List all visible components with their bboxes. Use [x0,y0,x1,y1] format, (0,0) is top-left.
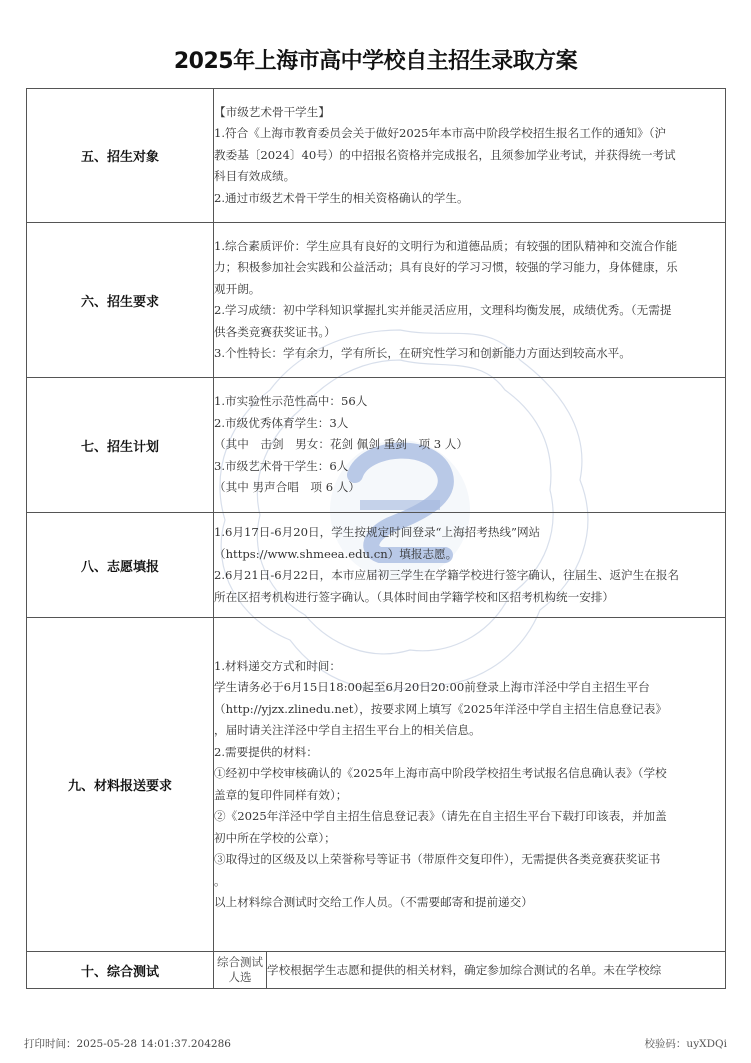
content-line: 【市级艺术骨干学生】 [214,102,725,124]
content-line: 2.需要提供的材料： [214,742,725,764]
content-line: 1.6月17日-6月20日，学生按规定时间登录“上海招考热线”网站 [214,522,725,544]
print-time: 打印时间：2025-05-28 14:01:37.204286 [24,1036,231,1051]
table-row: 六、招生要求 1.综合素质评价：学生应具有良好的文明行为和道德品质；有较强的团队… [27,223,726,378]
section-content: 【市级艺术骨干学生】 1.符合《上海市教育委员会关于做好2025年本市高中阶段学… [214,89,726,223]
section-content: 1.综合素质评价：学生应具有良好的文明行为和道德品质；有较强的团队精神和交流合作… [214,223,726,378]
content-line: 盖章的复印件同样有效）； [214,785,725,807]
content-line: 2.市级优秀体育学生：3人 [214,413,725,435]
sub-content: 学校根据学生志愿和提供的相关材料，确定参加综合测试的名单。未在学校综 [267,952,726,988]
table-row: 九、材料报送要求 1.材料递交方式和时间： 学生请务必于6月15日18:00起至… [27,618,726,952]
content-line: 1.材料递交方式和时间： [214,656,725,678]
content-line: 3.个性特长：学有余力，学有所长，在研究性学习和创新能力方面达到较高水平。 [214,343,725,365]
content-line: 2.6月21日-6月22日，本市应届初三学生在学籍学校进行签字确认，往届生、返沪… [214,565,725,587]
table-row: 十、综合测试 综合测试人选 学校根据学生志愿和提供的相关材料，确定参加综合测试的… [27,952,726,989]
content-line: 以上材料综合测试时交给工作人员。（不需要邮寄和提前递交） [214,892,725,914]
subtable: 综合测试人选 学校根据学生志愿和提供的相关材料，确定参加综合测试的名单。未在学校… [214,952,725,988]
content-line: 初中所在学校的公章）； [214,828,725,850]
content-line: 2.通过市级艺术骨干学生的相关资格确认的学生。 [214,188,725,210]
section-content: 综合测试人选 学校根据学生志愿和提供的相关材料，确定参加综合测试的名单。未在学校… [214,952,726,989]
content-line: 3.市级艺术骨干学生：6人 [214,456,725,478]
admission-table: 五、招生对象 【市级艺术骨干学生】 1.符合《上海市教育委员会关于做好2025年… [26,88,726,989]
content-line: ，届时请关注洋泾中学自主招生平台上的相关信息。 [214,720,725,742]
table-row: 七、招生计划 1.市实验性示范性高中：56人 2.市级优秀体育学生：3人 （其中… [27,378,726,513]
content-line: 科目有效成绩。 [214,166,725,188]
content-line: 学生请务必于6月15日18:00起至6月20日20:00前登录上海市洋泾中学自主… [214,677,725,699]
content-line: （http://yjzx.zlinedu.net），按要求网上填写《2025年洋… [214,699,725,721]
sub-label: 综合测试人选 [214,952,267,988]
content-line: ②《2025年洋泾中学自主招生信息登记表》（请先在自主招生平台下载打印该表，并加… [214,806,725,828]
content-line: 1.符合《上海市教育委员会关于做好2025年本市高中阶段学校招生报名工作的通知》… [214,123,725,145]
section-label: 十、综合测试 [27,952,214,989]
content-line: （其中 击剑 男女：花剑 佩剑 重剑 项 3 人） [214,434,725,456]
content-line: 教委基〔2024〕40号）的中招报名资格并完成报名，且须参加学业考试，并获得统一… [214,145,725,167]
content-line: 供各类竞赛获奖证书。） [214,322,725,344]
section-content: 1.材料递交方式和时间： 学生请务必于6月15日18:00起至6月20日20:0… [214,618,726,952]
content-line: （https://www.shmeea.edu.cn）填报志愿。 [214,544,725,566]
table-row: 八、志愿填报 1.6月17日-6月20日，学生按规定时间登录“上海招考热线”网站… [27,513,726,618]
section-label: 六、招生要求 [27,223,214,378]
checksum: 校验码：uyXDQi [644,1036,727,1051]
table-row: 五、招生对象 【市级艺术骨干学生】 1.符合《上海市教育委员会关于做好2025年… [27,89,726,223]
content-line: ③取得过的区级及以上荣誉称号等证书（带原件交复印件），无需提供各类竞赛获奖证书 [214,849,725,871]
section-content: 1.6月17日-6月20日，学生按规定时间登录“上海招考热线”网站 （https… [214,513,726,618]
content-line: 力；积极参加社会实践和公益活动；具有良好的学习习惯，较强的学习能力，身体健康，乐 [214,257,725,279]
section-label: 五、招生对象 [27,89,214,223]
content-line: 所在区招考机构进行签字确认。（具体时间由学籍学校和区招考机构统一安排） [214,587,725,609]
page-title: 2025年上海市高中学校自主招生录取方案 [0,44,751,75]
content-line: 。 [214,871,725,893]
content-line: 1.综合素质评价：学生应具有良好的文明行为和道德品质；有较强的团队精神和交流合作… [214,236,725,258]
section-label: 七、招生计划 [27,378,214,513]
section-label: 九、材料报送要求 [27,618,214,952]
content-line: ①经初中学校审核确认的《2025年上海市高中阶段学校招生考试报名信息确认表》（学… [214,763,725,785]
content-line: （其中 男声合唱 项 6 人） [214,477,725,499]
section-content: 1.市实验性示范性高中：56人 2.市级优秀体育学生：3人 （其中 击剑 男女：… [214,378,726,513]
content-line: 观开朗。 [214,279,725,301]
content-line: 2.学习成绩：初中学科知识掌握扎实并能灵活应用，文理科均衡发展，成绩优秀。（无需… [214,300,725,322]
section-label: 八、志愿填报 [27,513,214,618]
content-line: 1.市实验性示范性高中：56人 [214,391,725,413]
